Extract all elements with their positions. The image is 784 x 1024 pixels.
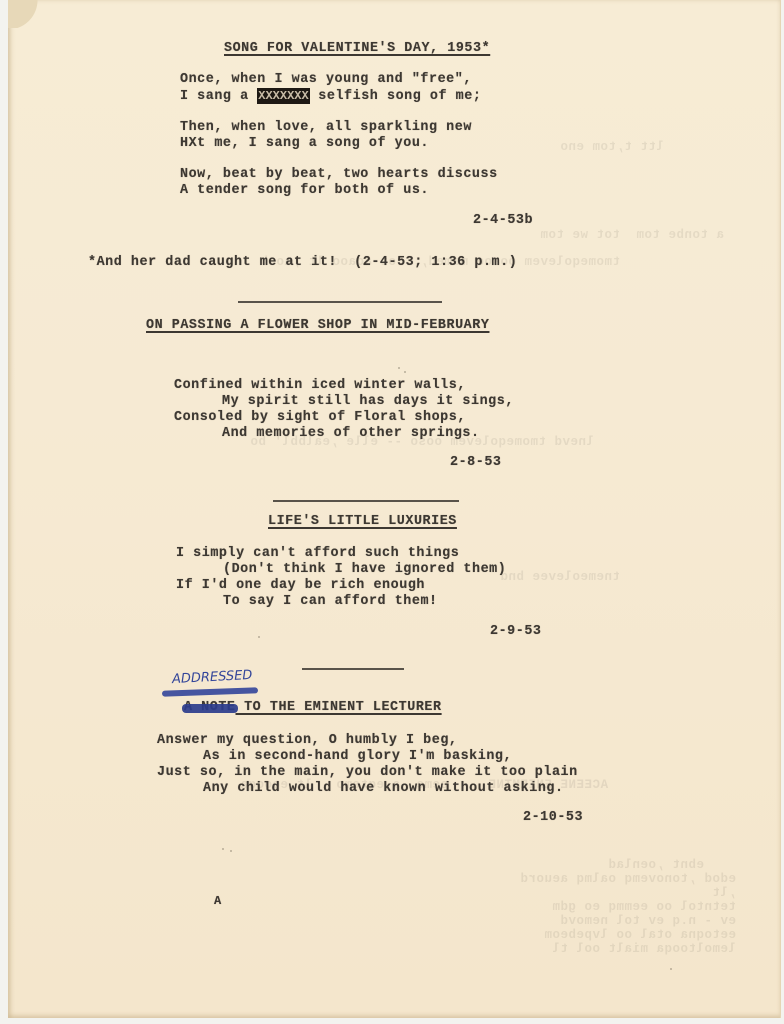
section-divider bbox=[302, 668, 404, 670]
poem-2-date: 2-8-53 bbox=[450, 455, 502, 471]
poem-1-title: SONG FOR VALENTINE'S DAY, 1953* bbox=[224, 41, 490, 57]
poem-1-date: 2-4-53b bbox=[473, 213, 533, 229]
poem-3-line-2: (Don't think I have ignored them) bbox=[223, 562, 506, 578]
poem-4-line-1: Answer my question, O humbly I beg, bbox=[157, 733, 458, 749]
poem-3-date: 2-9-53 bbox=[490, 624, 542, 640]
poem-4-line-4: Any child would have known without askin… bbox=[203, 781, 564, 797]
poem-1-line-4-rest: t me, I sang a song of you. bbox=[197, 136, 429, 151]
paper-speck bbox=[258, 636, 260, 638]
poem-1-line-3: Then, when love, all sparkling new bbox=[180, 120, 472, 136]
poem-4-date: 2-10-53 bbox=[523, 810, 583, 826]
bleed-through-text: ebnt ,oenlad edod ,tonovemq oalmq aeuord… bbox=[520, 858, 736, 956]
poem-1-line-2: I sang a XXXXXXX selfish song of me; bbox=[180, 88, 481, 105]
poem-1-line-4: HXt me, I sang a song of you. bbox=[180, 136, 429, 152]
poem-1-line-2-start: I sang a bbox=[180, 89, 249, 104]
paper-speck bbox=[398, 367, 400, 369]
poem-2-line-1: Confined within iced winter walls, bbox=[174, 378, 466, 394]
section-divider bbox=[238, 301, 442, 303]
poem-3-line-1: I simply can't afford such things bbox=[176, 546, 459, 562]
overtyped-letters: HX bbox=[180, 136, 197, 151]
section-divider bbox=[273, 500, 459, 502]
paper-speck bbox=[230, 850, 232, 852]
poem-4-title-rest: TO THE EMINENT LECTURER bbox=[236, 700, 442, 715]
poem-4-line-3: Just so, in the main, you don't make it … bbox=[157, 765, 578, 781]
poem-3-line-4: To say I can afford them! bbox=[223, 594, 438, 610]
poem-2-line-2: My spirit still has days it sings, bbox=[222, 394, 514, 410]
poem-1-line-2-end: selfish song of me; bbox=[318, 89, 481, 104]
struck-out-word: XXXXXXX bbox=[257, 88, 309, 104]
poem-3-title: LIFE'S LITTLE LUXURIES bbox=[268, 514, 457, 530]
poem-2-line-3: Consoled by sight of Floral shops, bbox=[174, 410, 466, 426]
struck-title-word: A NOTE bbox=[184, 700, 236, 716]
page-corner-fold bbox=[8, 0, 48, 28]
poem-1-line-5: Now, beat by beat, two hearts discuss bbox=[180, 167, 498, 183]
poem-4-title: A NOTE TO THE EMINENT LECTURER bbox=[184, 700, 442, 716]
paper-speck bbox=[670, 968, 672, 970]
poem-1-line-6: A tender song for both of us. bbox=[180, 183, 429, 199]
paper-speck bbox=[404, 371, 406, 373]
poem-1-footnote: *And her dad caught me at it! (2-4-53; 1… bbox=[88, 255, 517, 271]
paper-speck bbox=[222, 848, 224, 850]
poem-3-line-3: If I'd one day be rich enough bbox=[176, 578, 425, 594]
bleed-through-text: ltt t,tom eno bbox=[560, 140, 664, 154]
bleed-through-text: tnemeolevee bnd bbox=[500, 570, 620, 584]
poem-1-line-1: Once, when I was young and "free", bbox=[180, 72, 472, 88]
poem-4-line-2: As in second-hand glory I'm basking, bbox=[203, 749, 512, 765]
bleed-through-text: a tonbe tom tot we tom bbox=[540, 228, 724, 242]
poem-2-title: ON PASSING A FLOWER SHOP IN MID-FEBRUARY bbox=[146, 318, 489, 334]
poem-2-line-4: And memories of other springs. bbox=[222, 426, 480, 442]
page-mark: A bbox=[214, 893, 222, 909]
